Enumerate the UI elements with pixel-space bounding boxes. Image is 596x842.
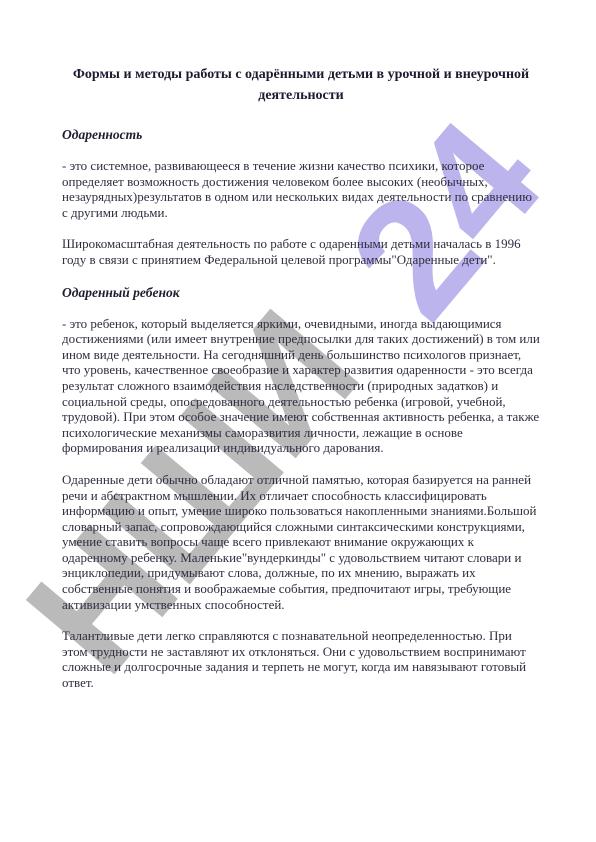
section-heading-gifted-child: Одаренный ребенок xyxy=(62,285,540,301)
document-content: Формы и методы работы с одарёнными детьм… xyxy=(0,0,596,691)
paragraph-giftedness-definition: - это системное, развивающееся в течение… xyxy=(62,158,540,220)
paragraph-gifted-child-definition: - это ребенок, который выделяется яркими… xyxy=(62,316,540,456)
document-page: НШИ 24 Формы и методы работы с одарённым… xyxy=(0,0,596,842)
paragraph-talented-children: Талантливые дети легко справляются с поз… xyxy=(62,628,540,690)
paragraph-federal-program: Широкомасштабная деятельность по работе … xyxy=(62,236,540,267)
document-title: Формы и методы работы с одарёнными детьм… xyxy=(62,64,540,106)
paragraph-gifted-children-traits: Одаренные дети обычно обладают отличной … xyxy=(62,472,540,612)
section-heading-giftedness: Одаренность xyxy=(62,127,540,143)
